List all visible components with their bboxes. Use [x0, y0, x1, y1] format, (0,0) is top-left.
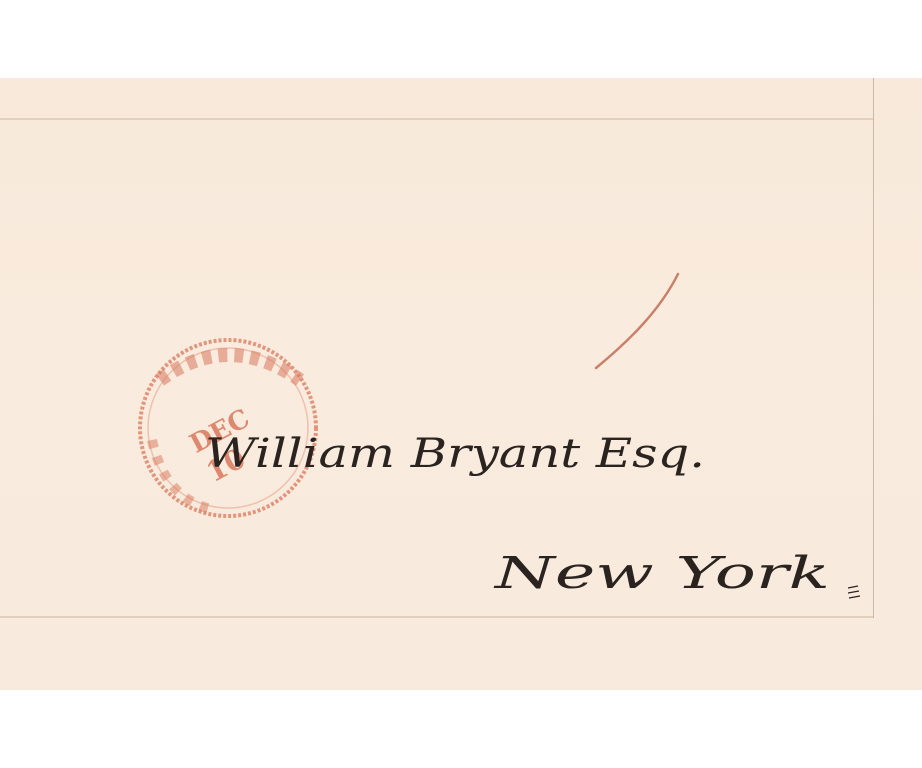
destination-city: New York: [493, 548, 830, 599]
postmark: DEC 10: [140, 340, 316, 516]
underline-mark: [848, 586, 860, 598]
cover-artwork: DEC 10 William Bryant Esq. New York: [0, 0, 922, 768]
addressee-name: William Bryant Esq.: [205, 431, 705, 477]
rate-marking-stroke: [596, 274, 678, 368]
